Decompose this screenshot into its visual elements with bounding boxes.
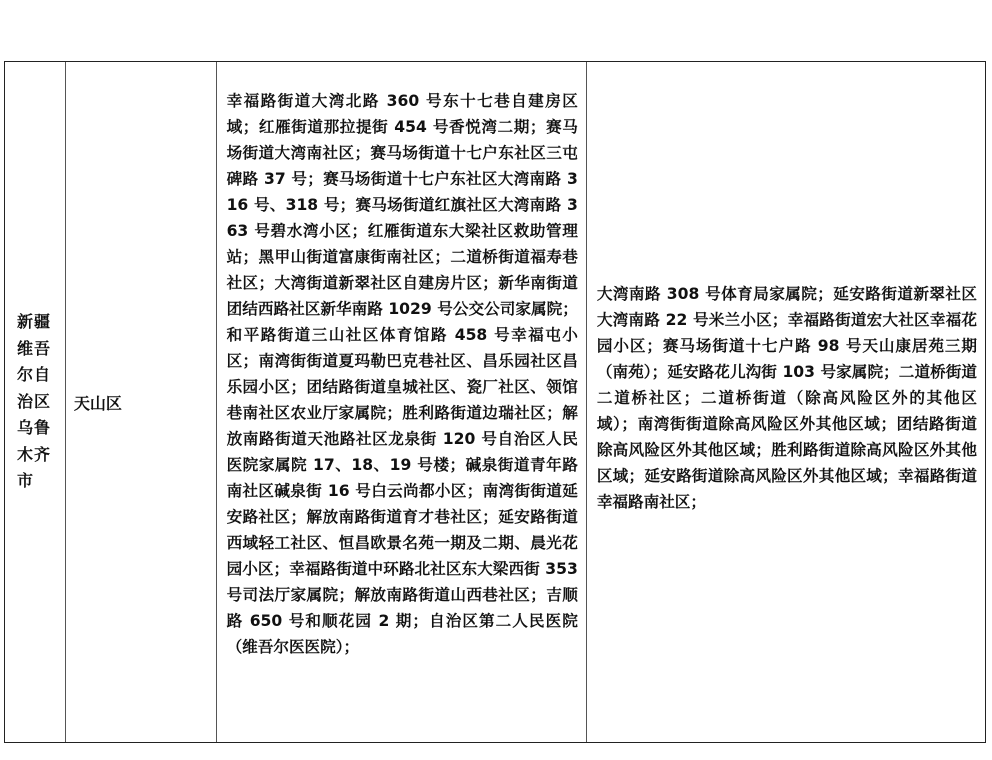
areas-cell-column-3: 幸福路街道大湾北路 360 号东十七巷自建房区域；红雁街道那拉提街 454 号香… [217, 62, 587, 742]
areas-list-column-3: 幸福路街道大湾北路 360 号东十七巷自建房区域；红雁街道那拉提街 454 号香… [227, 88, 578, 660]
district-name: 天山区 [74, 391, 122, 414]
region-name: 新疆维吾尔自治区乌鲁木齐市 [17, 309, 53, 495]
district-cell: 天山区 [66, 62, 217, 742]
areas-list-column-4: 大湾南路 308 号体育局家属院；延安路街道新翠社区大湾南路 22 号米兰小区；… [597, 281, 977, 515]
risk-area-table: 新疆维吾尔自治区乌鲁木齐市 天山区 幸福路街道大湾北路 360 号东十七巷自建房… [4, 61, 986, 743]
region-cell: 新疆维吾尔自治区乌鲁木齐市 [5, 62, 66, 742]
areas-cell-column-4: 大湾南路 308 号体育局家属院；延安路街道新翠社区大湾南路 22 号米兰小区；… [587, 62, 985, 742]
